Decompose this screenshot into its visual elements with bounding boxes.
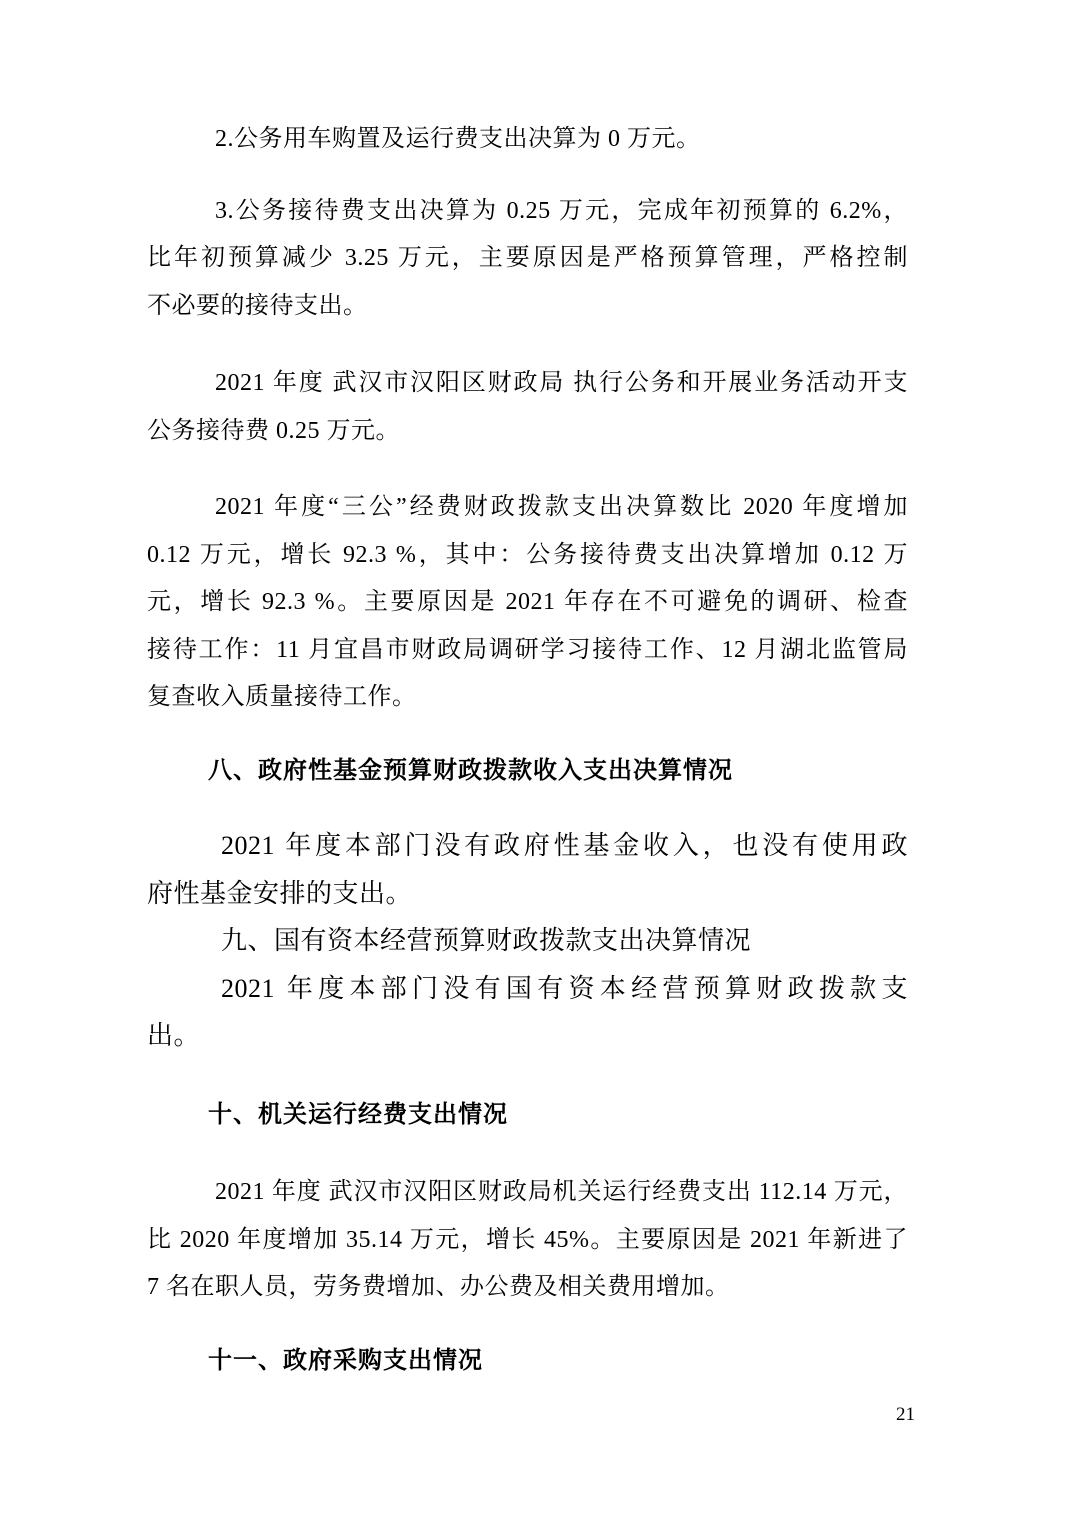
para-official-reception-expense: 3.公务接待费支出决算为 0.25 万元，完成年初预算的 6.2%，比年初预算减… (147, 188, 908, 331)
para-operating-expense: 2021 年度 武汉市汉阳区财政局机关运行经费支出 112.14 万元，比 20… (147, 1169, 908, 1312)
text-line: 不必要的接待支出。 (147, 283, 908, 331)
text-line: 复查收入质量接待工作。 (147, 674, 908, 722)
text-line: 2021 年度“三公”经费财政拨款支出决算数比 2020 年度增加 (147, 484, 908, 532)
text-line: 出。 (147, 1012, 908, 1060)
page-number: 21 (896, 1403, 915, 1427)
para-official-vehicle-expense: 2.公务用车购置及运行费支出决算为 0 万元。 (147, 116, 908, 164)
text-line: 九、国有资本经营预算财政拨款支出决算情况 (147, 917, 908, 965)
text-line: 2021 年度 武汉市汉阳区财政局机关运行经费支出 112.14 万元， (147, 1169, 908, 1217)
text-line: 2021 年度本部门没有政府性基金收入，也没有使用政 (147, 822, 908, 870)
para-state-capital-budget: 2021 年度本部门没有国有资本经营预算财政拨款支出。 (147, 965, 908, 1060)
document-page: { "page": { "number": "21", "background_… (0, 0, 1075, 1520)
para-government-fund: 2021 年度本部门没有政府性基金收入，也没有使用政府性基金安排的支出。 (147, 822, 908, 917)
text-line: 2021 年度本部门没有国有资本经营预算财政拨款支 (147, 965, 908, 1013)
heading-section-10-text: 十、机关运行经费支出情况 (147, 1091, 908, 1139)
heading-section-10: 十、机关运行经费支出情况 (147, 1091, 908, 1139)
text-line: 2.公务用车购置及运行费支出决算为 0 万元。 (147, 116, 908, 164)
text-line: 比年初预算减少 3.25 万元，主要原因是严格预算管理，严格控制 (147, 235, 908, 283)
heading-section-9: 九、国有资本经营预算财政拨款支出决算情况 (147, 917, 908, 965)
text-line: 府性基金安排的支出。 (147, 870, 908, 918)
text-line: 2021 年度 武汉市汉阳区财政局 执行公务和开展业务活动开支 (147, 360, 908, 408)
para-three-public-funds-comparison: 2021 年度“三公”经费财政拨款支出决算数比 2020 年度增加0.12 万元… (147, 484, 908, 722)
text-line: 接待工作：11 月宜昌市财政局调研学习接待工作、12 月湖北监管局 (147, 627, 908, 675)
heading-section-8-text: 八、政府性基金预算财政拨款收入支出决算情况 (147, 747, 908, 795)
text-line: 0.12 万元，增长 92.3 %，其中：公务接待费支出决算增加 0.12 万 (147, 532, 908, 580)
para-reception-total: 2021 年度 武汉市汉阳区财政局 执行公务和开展业务活动开支公务接待费 0.2… (147, 360, 908, 455)
heading-section-8: 八、政府性基金预算财政拨款收入支出决算情况 (147, 747, 908, 795)
text-line: 7 名在职人员，劳务费增加、办公费及相关费用增加。 (147, 1264, 908, 1312)
text-line: 元，增长 92.3 %。主要原因是 2021 年存在不可避免的调研、检查 (147, 579, 908, 627)
text-line: 比 2020 年度增加 35.14 万元，增长 45%。主要原因是 2021 年… (147, 1217, 908, 1265)
document-body: 2.公务用车购置及运行费支出决算为 0 万元。3.公务接待费支出决算为 0.25… (147, 116, 908, 1384)
text-line: 公务接待费 0.25 万元。 (147, 408, 908, 456)
heading-section-11: 十一、政府采购支出情况 (147, 1337, 908, 1385)
text-line: 3.公务接待费支出决算为 0.25 万元，完成年初预算的 6.2%， (147, 188, 908, 236)
heading-section-11-text: 十一、政府采购支出情况 (147, 1337, 908, 1385)
